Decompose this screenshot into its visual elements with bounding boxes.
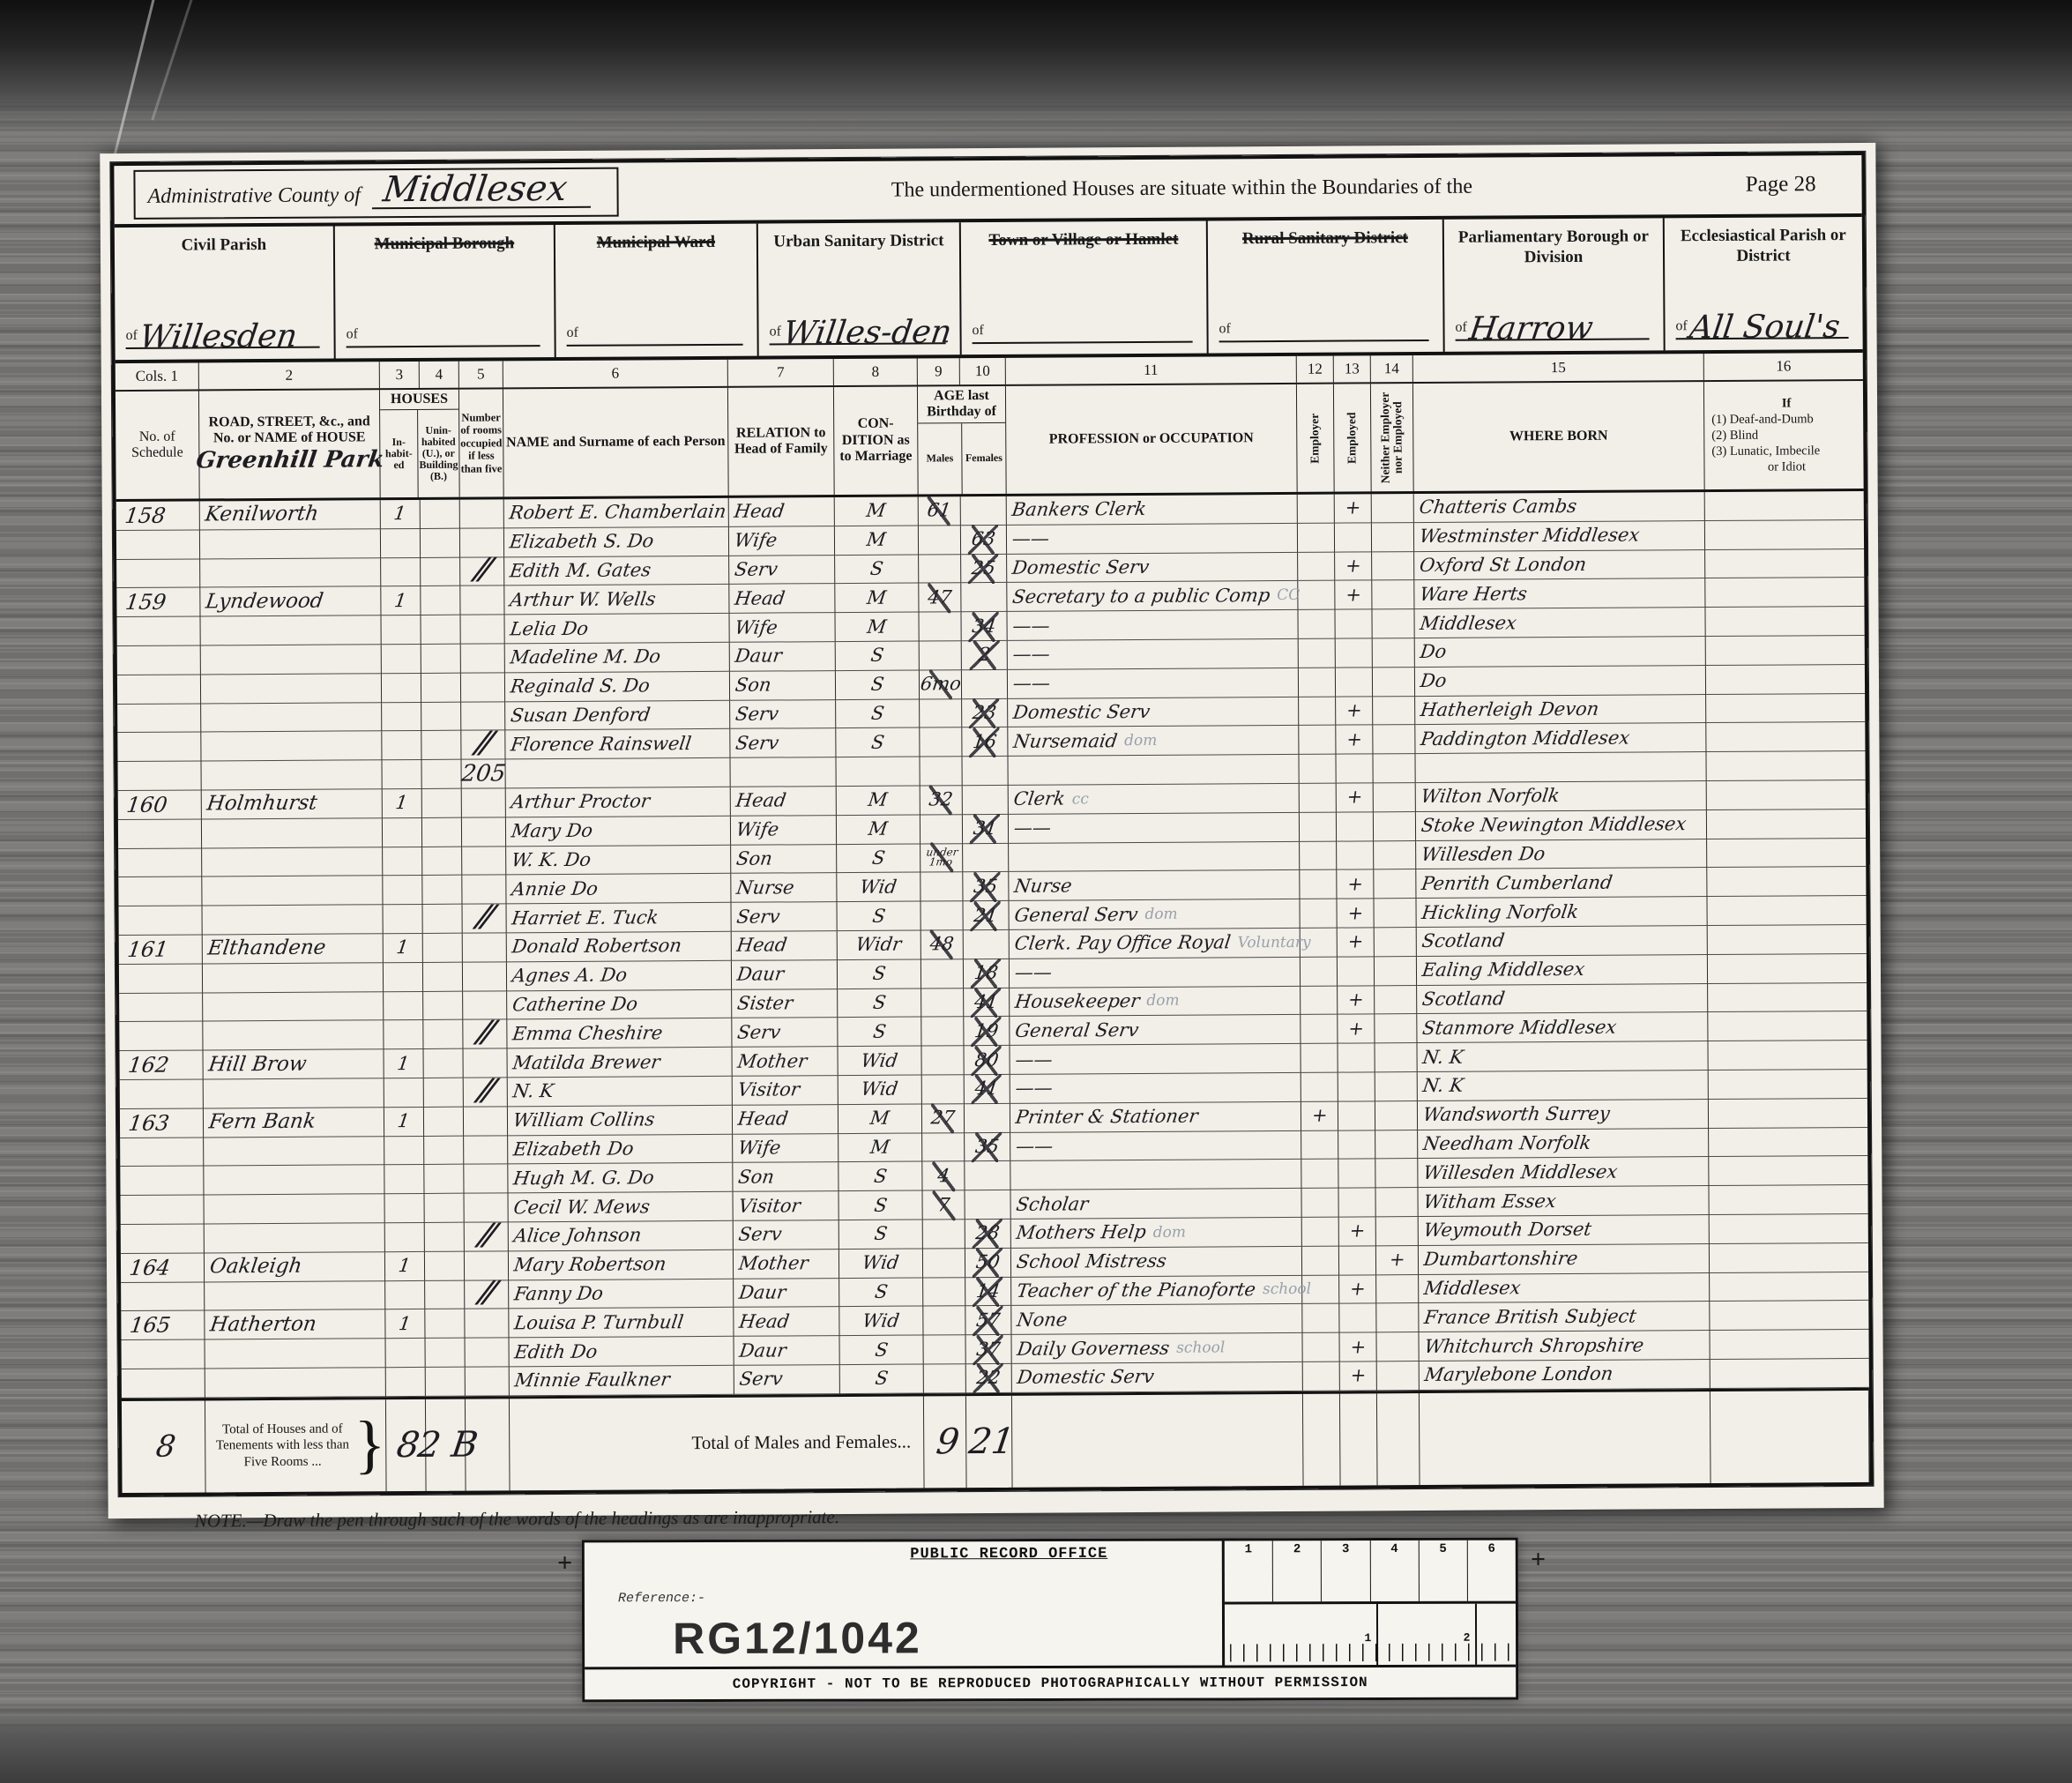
cell-employer (1301, 929, 1338, 958)
cell-name: Robert E. Chamberlain (504, 498, 729, 528)
cell-condition: M (835, 497, 919, 526)
page-number: Page 28 (1746, 172, 1816, 197)
cell-employed (1336, 755, 1373, 784)
cell-uninhabited (426, 1339, 466, 1368)
cell-age-male (923, 1307, 965, 1336)
cell-age-female (965, 1104, 1010, 1133)
census-page: Administrative County of Middlesex The u… (100, 143, 1883, 1518)
cell-schedule (118, 848, 202, 877)
cell-rooms: ∥ (465, 1280, 509, 1309)
cell-uninhabited (425, 1309, 465, 1339)
cell-condition: S (836, 641, 920, 670)
cell-age-female (962, 670, 1008, 699)
cell-infirmity (1707, 867, 1866, 897)
cell-inhabited (383, 847, 422, 877)
pencil-annotation: dom (1144, 906, 1177, 923)
cell-infirmity (1708, 925, 1867, 955)
cell-road (201, 615, 382, 645)
cell-schedule (121, 1196, 205, 1225)
cell-occupation: —— (1010, 958, 1301, 988)
cell-employer (1302, 1333, 1339, 1362)
cell-uninhabited (423, 934, 463, 963)
cell-name: Mary Do (506, 817, 731, 847)
cell-where-born: Hickling Norfolk (1416, 897, 1707, 928)
cell-age-male: 32 (920, 786, 963, 815)
cell-infirmity (1710, 1301, 1868, 1331)
cell-inhabited (383, 876, 422, 905)
cell-relation: Son (731, 845, 837, 875)
cell-employer (1298, 495, 1335, 524)
district-value: All Soul's (1688, 315, 1842, 341)
cell-employed: + (1336, 697, 1373, 726)
cell-neither (1375, 1072, 1418, 1101)
pencil-annotation: dom (1153, 1223, 1186, 1241)
cell-neither (1372, 523, 1414, 552)
cell-relation: Serv (734, 1220, 839, 1250)
cell-inhabited: 1 (385, 1252, 425, 1281)
cell-uninhabited (421, 557, 460, 586)
scan-band-top (0, 0, 2072, 132)
cell-neither (1375, 1043, 1417, 1072)
cell-uninhabited (424, 1107, 464, 1136)
cell-age-female (963, 786, 1009, 815)
cell-employed (1338, 1101, 1375, 1130)
cell-employer (1299, 726, 1336, 755)
district-civil-parish: Civil Parish of Willesden (115, 227, 336, 361)
cell-uninhabited (423, 962, 463, 991)
cell-condition: S (839, 1336, 923, 1365)
cell-age-male: 27 (922, 1104, 965, 1133)
cell-neither (1372, 552, 1414, 581)
cell-schedule (119, 906, 203, 936)
cell-infirmity (1710, 1272, 1868, 1302)
cell-name: Mary Robertson (509, 1250, 734, 1280)
cell-road: Oakleigh (205, 1252, 385, 1282)
cell-occupation: Teacher of the Pianoforteschool (1011, 1275, 1302, 1306)
cell-road (200, 529, 381, 559)
cell-age-female: 14 (965, 1277, 1011, 1306)
cell-relation: Head (732, 931, 838, 961)
totals-females: 21 (966, 1396, 1013, 1488)
district-town-village: Town or Village or Hamlet of (961, 220, 1209, 354)
cell-age-male (923, 1220, 965, 1249)
cell-inhabited (382, 674, 421, 703)
cell-infirmity (1705, 491, 1864, 521)
brace: } (354, 1419, 386, 1471)
cell-employed: + (1337, 870, 1374, 899)
cell-name: Cecil W. Mews (509, 1192, 734, 1222)
cell-condition: M (835, 613, 919, 642)
cell-neither (1374, 899, 1416, 928)
cell-where-born: Needham Norfolk (1418, 1129, 1709, 1160)
cell-rooms (460, 528, 504, 557)
cell-neither (1372, 580, 1414, 609)
cell-schedule (116, 530, 200, 559)
cell-name: N. K (508, 1077, 733, 1107)
cell-neither (1374, 783, 1416, 812)
cell-employer (1300, 899, 1337, 929)
district-urban-sanitary: Urban Sanitary District of Willes-den (758, 222, 962, 355)
cell-employer (1298, 610, 1335, 639)
cell-rooms (464, 1107, 508, 1136)
cell-schedule (117, 704, 201, 733)
cell-age-female: 35 (963, 872, 1009, 901)
cell-employer (1298, 523, 1335, 552)
cell-rooms (463, 962, 507, 991)
cell-infirmity (1705, 578, 1864, 608)
cell-occupation: General Serv (1010, 1015, 1301, 1046)
cell-employer (1301, 1073, 1338, 1102)
cell-neither (1373, 668, 1415, 697)
col-inhabited: In-habit-ed (380, 410, 419, 497)
cell-name: Annie Do (506, 874, 731, 904)
cell-employer (1301, 1044, 1338, 1073)
cell-infirmity (1709, 1127, 1867, 1157)
cell-employed: + (1339, 1332, 1376, 1361)
cell-where-born: Wilton Norfolk (1416, 781, 1707, 812)
cell-neither (1372, 609, 1414, 638)
cell-condition: S (838, 1018, 921, 1047)
cell-employer (1300, 812, 1337, 841)
cell-neither (1375, 1188, 1418, 1217)
cell-occupation: Domestic Serv (1007, 552, 1298, 583)
cell-schedule (120, 1138, 204, 1167)
cell-age-female: 19 (964, 1017, 1010, 1046)
cell-employer (1302, 1218, 1339, 1247)
cell-inhabited (385, 1194, 425, 1223)
cell-relation: Wife (729, 526, 835, 556)
cell-neither (1373, 725, 1415, 754)
totals-row: 8 Total of Houses and of Tenements with … (122, 1388, 1870, 1493)
district-parliamentary: Parliamentary Borough or Division of Har… (1444, 218, 1666, 352)
cell-infirmity (1709, 1099, 1867, 1129)
cell-where-born: Penrith Cumberland (1416, 868, 1707, 899)
cell-uninhabited (421, 586, 460, 615)
cell-occupation: Printer & Stationer (1010, 1102, 1301, 1133)
cell-condition: Wid (837, 873, 920, 902)
cell-road (203, 1021, 384, 1051)
cell-employer (1301, 986, 1338, 1015)
cell-employed (1339, 1304, 1376, 1333)
cell-name: Agnes A. Do (507, 961, 732, 991)
cell-road (205, 1223, 385, 1253)
cell-condition: M (837, 786, 920, 815)
cell-age-male (923, 1335, 965, 1364)
cell-rooms: 205 (461, 760, 505, 789)
cell-inhabited: 1 (384, 934, 423, 963)
cell-employed: + (1338, 1015, 1375, 1044)
cell-name: Alice Johnson (509, 1221, 734, 1251)
cell-age-male: 6mo (920, 670, 962, 699)
cell-neither (1373, 638, 1415, 668)
cell-infirmity (1709, 1070, 1867, 1100)
cell-rooms (465, 1309, 509, 1339)
cell-uninhabited (424, 1049, 464, 1078)
cell-age-female: 41 (964, 988, 1010, 1017)
cell-age-male (919, 555, 961, 584)
cell-name: Reginald S. Do (505, 672, 730, 702)
pencil-annotation: dom (1146, 992, 1179, 1010)
cell-schedule: 160 (118, 790, 202, 819)
cell-rooms: ∥ (463, 905, 507, 934)
pro-reference-section: PUBLIC RECORD OFFICE Reference:- RG12/10… (585, 1541, 1222, 1667)
cell-relation: Visitor (733, 1076, 838, 1106)
cell-uninhabited (426, 1368, 466, 1397)
cell-employed: + (1337, 783, 1374, 812)
cell-road (201, 645, 382, 675)
cell-infirmity (1706, 694, 1865, 724)
cell-occupation: Bankers Clerk (1007, 495, 1298, 526)
cell-infirmity (1707, 839, 1866, 869)
cell-employed (1338, 1043, 1375, 1072)
cell-road (202, 877, 383, 906)
cell-occupation: Nurse (1009, 870, 1300, 901)
cell-road (203, 992, 384, 1022)
cell-condition: Widr (838, 930, 921, 959)
cell-road: Kenilworth (200, 500, 381, 530)
cell-name: Lelia Do (504, 614, 729, 644)
cell-inhabited (381, 615, 421, 645)
cell-name: Madeline M. Do (505, 643, 730, 673)
cell-neither (1376, 1217, 1419, 1246)
cell-where-born: Willesden Middlesex (1418, 1157, 1709, 1188)
cell-inhabited (385, 1223, 425, 1252)
col-employer: Employer (1297, 384, 1335, 492)
cell-age-female: 2 (962, 641, 1008, 670)
cell-relation: Nurse (731, 873, 837, 903)
cell-schedule (120, 1167, 204, 1196)
cell-uninhabited (425, 1223, 465, 1252)
cell-neither (1372, 494, 1414, 523)
cell-where-born: Stoke Newington Middlesex (1416, 810, 1707, 841)
cell-employer (1299, 755, 1336, 784)
cell-where-born: Do (1415, 637, 1706, 668)
cell-employed (1336, 668, 1373, 697)
cell-occupation: Daily Governessschool (1011, 1333, 1302, 1364)
cell-rooms (464, 1165, 508, 1194)
cell-inhabited: 1 (384, 1108, 424, 1137)
cell-road (205, 1194, 385, 1224)
cell-schedule (118, 819, 202, 848)
cell-rooms (463, 991, 507, 1020)
cell-name: Edith Do (510, 1337, 734, 1367)
cell-employed: + (1339, 1217, 1376, 1246)
cell-schedule: 165 (121, 1311, 205, 1340)
cell-neither: + (1376, 1246, 1419, 1275)
cell-age-female: 22 (966, 1364, 1012, 1393)
cell-infirmity (1708, 1041, 1867, 1071)
cell-employed: + (1340, 1361, 1377, 1391)
cell-employed (1338, 1188, 1375, 1217)
cell-neither (1376, 1275, 1419, 1304)
cell-age-female: 18 (964, 959, 1010, 988)
cell-employer (1301, 1015, 1338, 1044)
cell-where-born: Marylebone London (1420, 1360, 1711, 1391)
cell-employer (1299, 639, 1336, 668)
reference-label: Reference:- (618, 1591, 705, 1606)
cell-relation: Mother (734, 1250, 839, 1279)
cell-age-male (920, 728, 962, 757)
pencil-annotation: school (1176, 1339, 1225, 1356)
cell-age-female: 50 (965, 1249, 1011, 1278)
cell-rooms (460, 615, 504, 645)
cell-age-male (921, 1018, 964, 1047)
cell-relation: Mother (732, 1047, 838, 1077)
cell-age-male (919, 612, 961, 641)
cell-rooms (464, 1049, 508, 1078)
cell-name: Harriet E. Tuck (506, 903, 731, 933)
cell-uninhabited (424, 1078, 464, 1108)
cell-road (204, 1137, 384, 1167)
cell-inhabited (385, 1280, 425, 1309)
cell-inhabited (383, 818, 422, 847)
cell-condition: S (836, 728, 920, 757)
cell-name: Arthur W. Wells (504, 585, 729, 615)
cell-relation: Head (733, 1105, 838, 1135)
cell-rooms (462, 876, 506, 905)
cell-name: Matilda Brewer (508, 1048, 733, 1078)
cell-age-male (921, 1046, 964, 1075)
cell-age-female: 28 (965, 1220, 1011, 1249)
road-handwritten: Greenhill Park (194, 448, 385, 475)
cell-employer (1300, 870, 1337, 899)
cell-name: Florence Rainswell (505, 729, 730, 759)
cell-condition: S (836, 699, 920, 728)
cell-relation: Son (733, 1162, 838, 1192)
cell-age-male: 7 (922, 1190, 965, 1220)
cell-where-born: Hatherleigh Devon (1415, 695, 1706, 726)
cell-where-born: Scotland (1417, 926, 1708, 957)
cell-relation: Serv (732, 1018, 838, 1048)
cell-where-born: Ealing Middlesex (1417, 955, 1708, 986)
district-value: Harrow (1468, 317, 1595, 343)
cell-occupation: Nursemaiddom (1008, 726, 1299, 757)
cell-road: Elthandene (203, 934, 384, 964)
cell-employer (1298, 581, 1335, 610)
totals-houses-label: Total of Houses and of Tenements with le… (205, 1399, 387, 1492)
cell-age-male: 61 (919, 496, 961, 526)
pencil-annotation: cc (1072, 790, 1089, 808)
cell-inhabited (384, 1020, 423, 1049)
district-municipal-ward: Municipal Ward of (555, 224, 759, 357)
cell-schedule (119, 964, 203, 993)
cell-condition: S (839, 1278, 923, 1307)
county-box: Administrative County of Middlesex (133, 168, 618, 220)
cell-infirmity (1710, 1243, 1868, 1273)
cell-inhabited (382, 645, 421, 674)
cell-name: Hugh M. G. Do (508, 1163, 733, 1193)
cell-neither (1377, 1361, 1420, 1391)
cell-relation: Daur (734, 1279, 839, 1309)
cell-occupation: —— (1010, 1073, 1301, 1104)
cell-infirmity (1709, 1185, 1867, 1215)
cell-occupation: Secretary to a public CompCC (1007, 581, 1298, 612)
cell-employed (1338, 1072, 1375, 1101)
cell-uninhabited (423, 905, 463, 934)
col-schedule: No. of Schedule (116, 391, 200, 499)
cell-infirmity (1705, 549, 1864, 579)
cell-name: Donald Robertson (507, 932, 732, 962)
cell-condition: M (838, 1104, 922, 1133)
cell-inhabited (383, 760, 422, 789)
cell-where-born: Oxford St London (1414, 550, 1705, 581)
cell-where-born (1415, 752, 1706, 783)
cell-occupation: —— (1008, 639, 1299, 670)
cell-neither (1373, 697, 1415, 726)
cell-neither (1375, 957, 1417, 986)
cell-inhabited: 1 (381, 586, 421, 615)
cell-schedule (118, 762, 202, 791)
cell-uninhabited (424, 1136, 464, 1165)
cell-employed: + (1337, 899, 1374, 929)
cell-neither (1375, 1101, 1418, 1130)
cell-name: Elizabeth Do (508, 1134, 733, 1164)
cell-age-male (920, 901, 963, 930)
cell-inhabited (384, 991, 423, 1020)
cell-road (205, 1368, 386, 1398)
col-houses-group: HOUSES In-habit-ed Unin-habited (U.), or… (380, 390, 460, 498)
cell-age-female (965, 1161, 1010, 1190)
cell-neither (1376, 1332, 1419, 1361)
cell-name: W. K. Do (506, 845, 731, 875)
cell-inhabited (381, 529, 421, 558)
cell-age-male: 48 (921, 930, 964, 959)
cell-age-female (963, 843, 1009, 872)
cell-relation: Daur (730, 642, 836, 672)
cell-uninhabited (422, 876, 462, 905)
cell-relation: Head (729, 584, 835, 614)
cell-infirmity (1709, 1156, 1867, 1186)
cell-condition: S (839, 1220, 923, 1249)
cell-relation: Wife (729, 613, 835, 643)
form-title-row: Administrative County of Middlesex The u… (114, 155, 1861, 228)
census-form: Administrative County of Middlesex The u… (110, 152, 1873, 1496)
cell-infirmity (1706, 665, 1865, 695)
cell-employed (1335, 523, 1372, 552)
cell-age-male (920, 641, 962, 670)
cell-employer (1302, 1246, 1339, 1275)
cell-inhabited (384, 1136, 424, 1165)
cell-age-female: 35 (965, 1132, 1010, 1161)
col-neither: Neither Employer nor Employed (1371, 384, 1414, 491)
cell-occupation: —— (1008, 668, 1299, 699)
cell-age-female: 16 (962, 727, 1008, 757)
cell-condition: M (837, 815, 920, 844)
cell-road (201, 674, 382, 704)
cell-employed (1338, 957, 1375, 986)
cell-uninhabited (424, 1165, 464, 1194)
cell-age-male: 47 (919, 584, 961, 613)
cell-age-male: under 1mo (920, 844, 963, 873)
cell-occupation: Clerk. Pay Office RoyalVoluntary (1010, 929, 1301, 959)
cell-uninhabited (421, 500, 460, 529)
cell-infirmity (1705, 520, 1864, 550)
cell-where-born: France British Subject (1419, 1302, 1710, 1332)
cell-where-born: Do (1415, 666, 1706, 697)
cell-schedule (116, 559, 200, 588)
cell-inhabited (382, 731, 421, 760)
cell-age-female: 63 (961, 526, 1007, 555)
cell-condition: S (840, 1364, 924, 1393)
cell-rooms (462, 847, 506, 876)
cell-name: Fanny Do (509, 1279, 734, 1309)
cell-where-born: N. K (1417, 1041, 1708, 1072)
cell-uninhabited (423, 991, 463, 1020)
col-name: NAME and Surname of each Person (503, 388, 729, 497)
cell-condition: Wid (838, 1075, 922, 1104)
cell-employed: + (1335, 494, 1372, 523)
district-rural-sanitary: Rural Sanitary District of (1208, 220, 1445, 354)
